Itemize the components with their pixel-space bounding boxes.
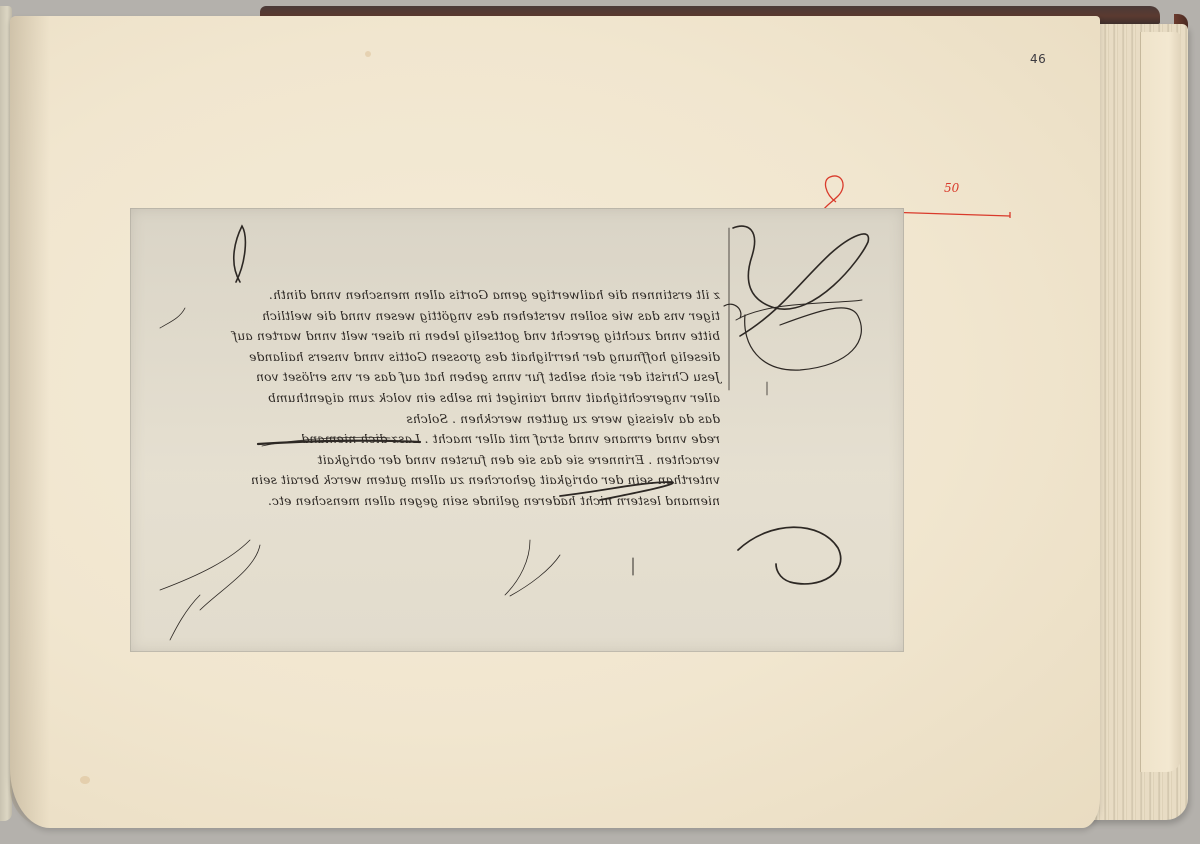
book-photograph: 46 50 z ilt erstinnen die hailwertige ge…	[0, 0, 1200, 844]
mirror-script-text-block: z ilt erstinnen die hailwertige gema Gor…	[160, 285, 720, 512]
script-line: verachten . Erinnere sie das sie den fur…	[160, 450, 720, 471]
script-line: niemand lestern nicht haderen gelinde se…	[160, 491, 720, 512]
script-line: z ilt erstinnen die hailwertige gema Gor…	[160, 285, 720, 306]
script-line: tiger vns das wie sollen verstehen des v…	[160, 306, 720, 327]
foxing-spot	[365, 51, 371, 57]
folio-number: 46	[1030, 52, 1046, 66]
script-line: dieselig hoffnung der herrlighait des gr…	[160, 347, 720, 368]
script-line: Jesu Christi der sich selbst fur vnns ge…	[160, 367, 720, 388]
plate-number: 50	[944, 181, 959, 195]
script-line: vnterthan sein der obrigkait gehorchen z…	[160, 470, 720, 491]
script-line: das da vleissig were zu gutten werckhen …	[160, 409, 720, 430]
script-line: bitte vnnd zuchtig gerecht vnd gottselig…	[160, 326, 720, 347]
inner-leaf-edge	[1140, 32, 1181, 772]
script-line: aller vngerechtighait vnnd rainiget im s…	[160, 388, 720, 409]
foxing-spot	[80, 776, 90, 784]
script-line: rede vnnd ermane vnnd straf mit aller ma…	[160, 429, 720, 450]
